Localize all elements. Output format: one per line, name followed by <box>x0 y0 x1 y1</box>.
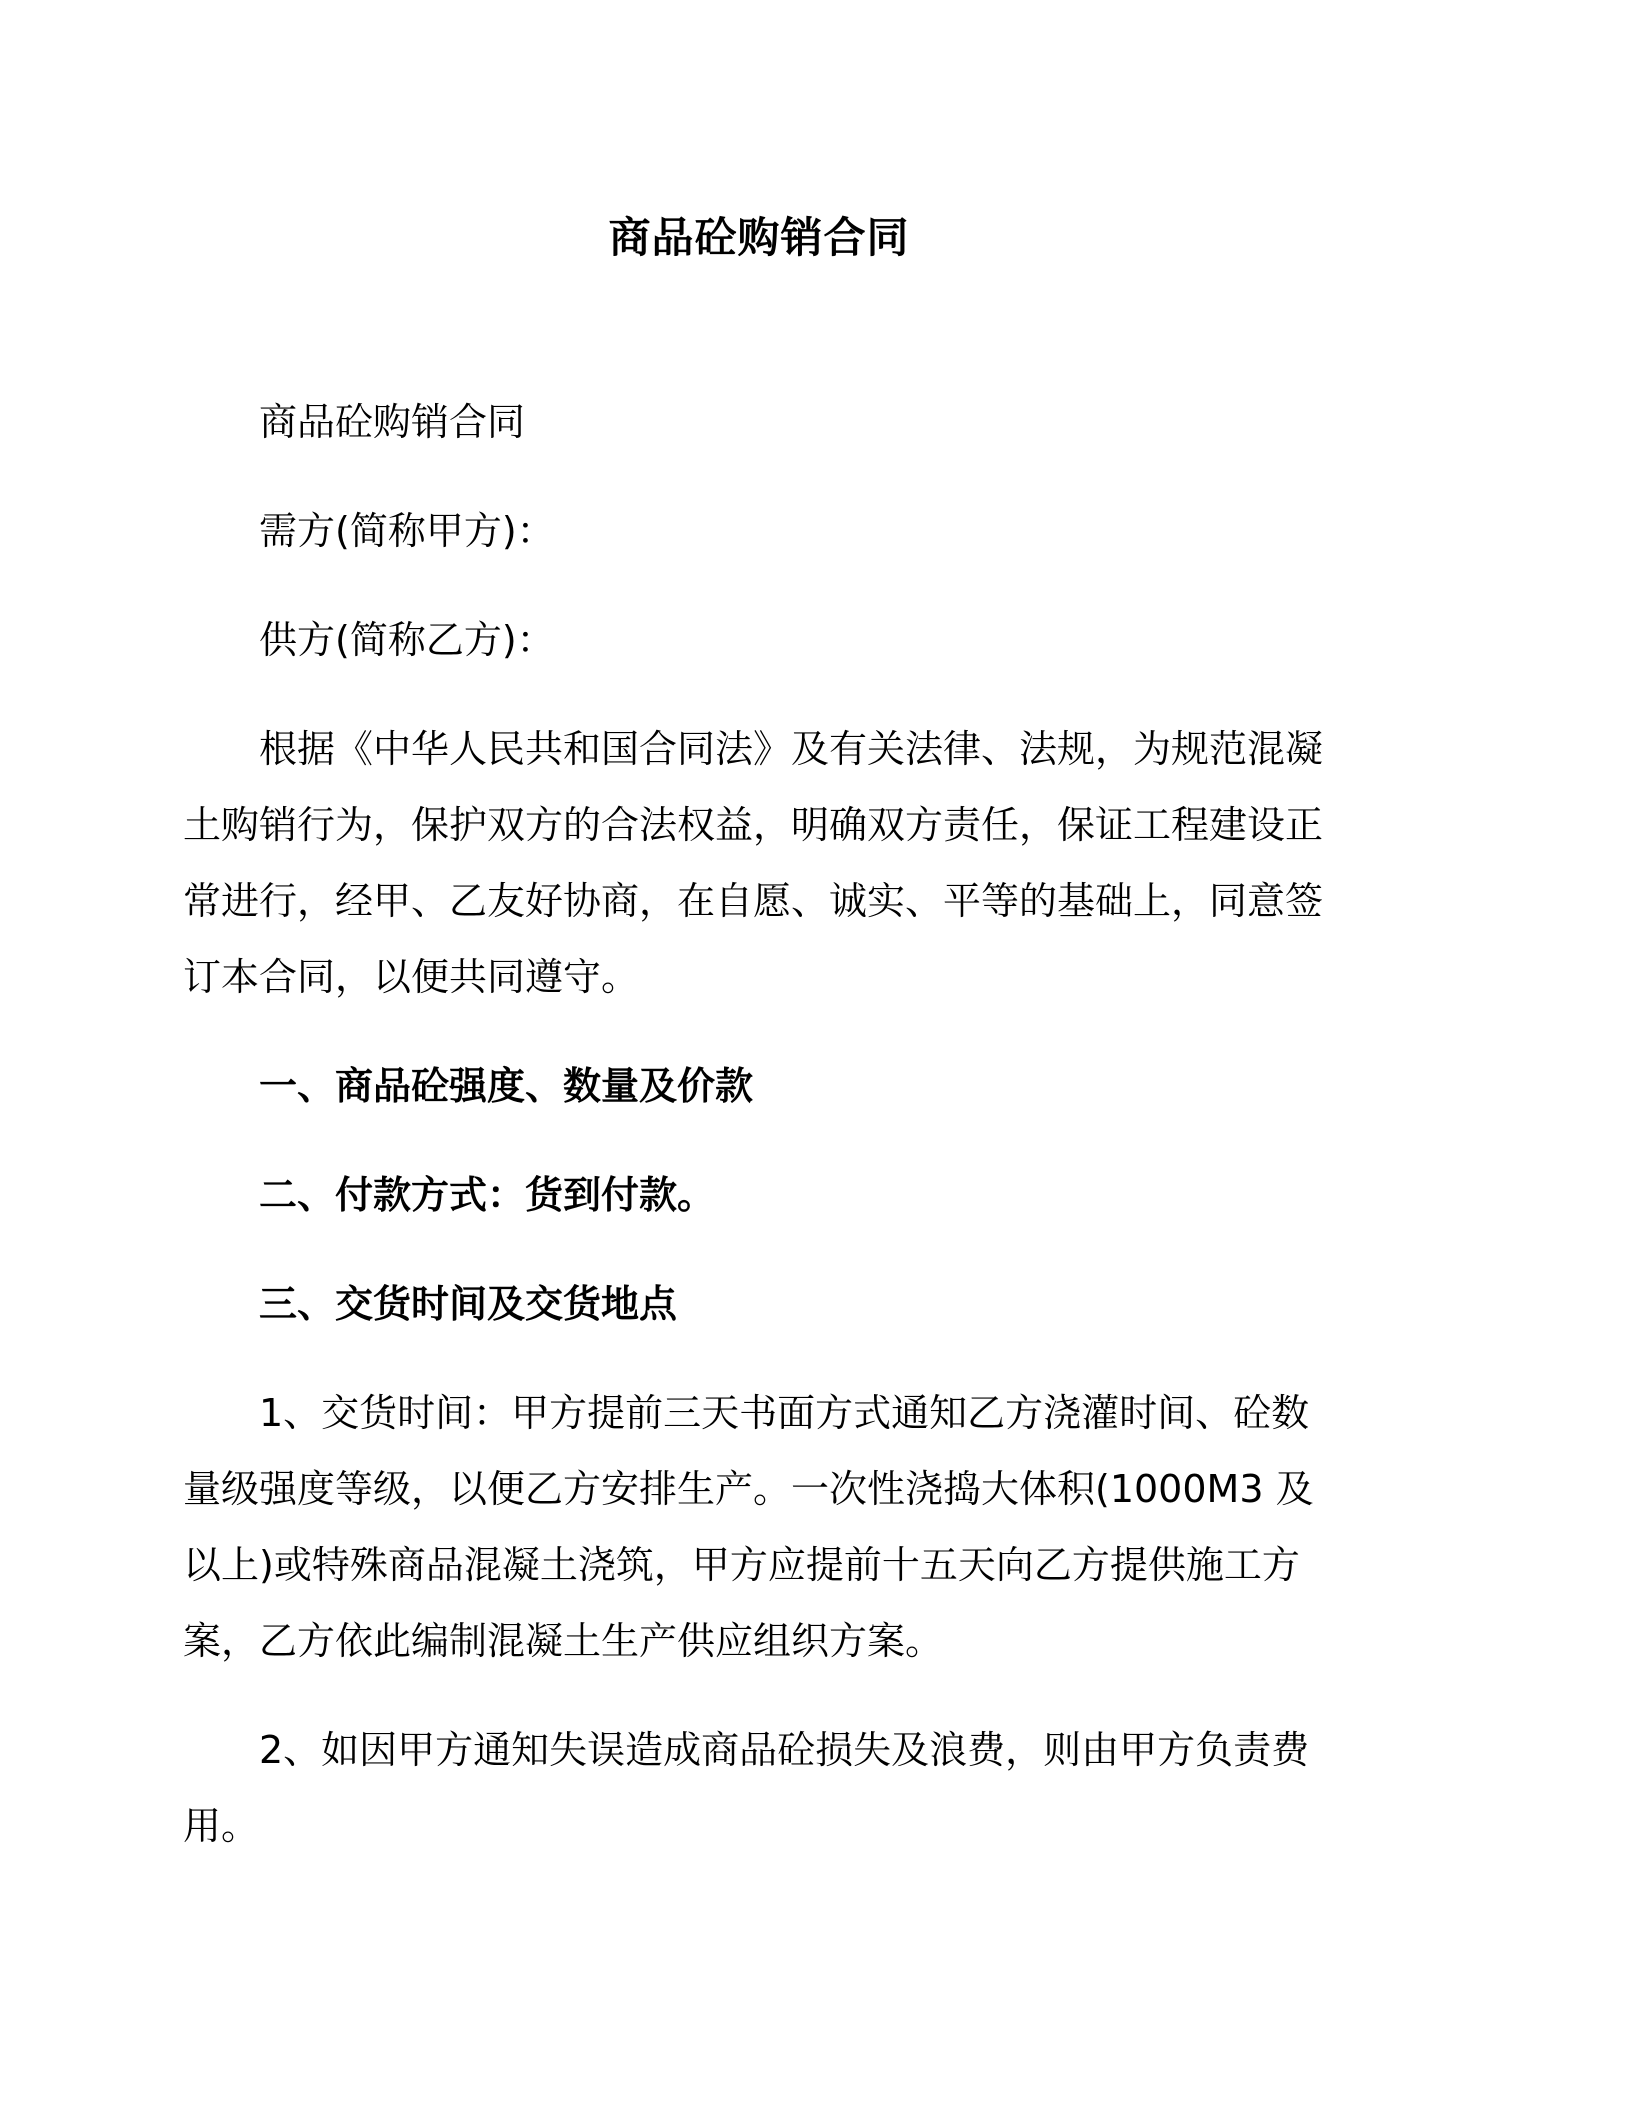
paragraph: 商品砼购销合同 <box>183 384 1338 460</box>
section-heading: 二、付款方式：货到付款。 <box>183 1157 1338 1233</box>
paragraph: 供方(简称乙方)： <box>183 602 1338 678</box>
document-body: 商品砼购销合同需方(简称甲方)：供方(简称乙方)：根据《中华人民共和国合同法》及… <box>183 384 1338 1864</box>
section-heading: 三、交货时间及交货地点 <box>183 1266 1338 1342</box>
paragraph: 2、如因甲方通知失误造成商品砼损失及浪费，则由甲方负责费用。 <box>183 1712 1338 1864</box>
paragraph: 需方(简称甲方)： <box>183 493 1338 569</box>
document-page: 商品砼购销合同 商品砼购销合同需方(简称甲方)：供方(简称乙方)：根据《中华人民… <box>0 0 1632 2112</box>
document-title: 商品砼购销合同 <box>183 208 1335 268</box>
paragraph: 1、交货时间：甲方提前三天书面方式通知乙方浇灌时间、砼数量级强度等级，以便乙方安… <box>183 1375 1338 1679</box>
section-heading: 一、商品砼强度、数量及价款 <box>183 1048 1338 1124</box>
paragraph: 根据《中华人民共和国合同法》及有关法律、法规，为规范混凝土购销行为，保护双方的合… <box>183 711 1338 1015</box>
